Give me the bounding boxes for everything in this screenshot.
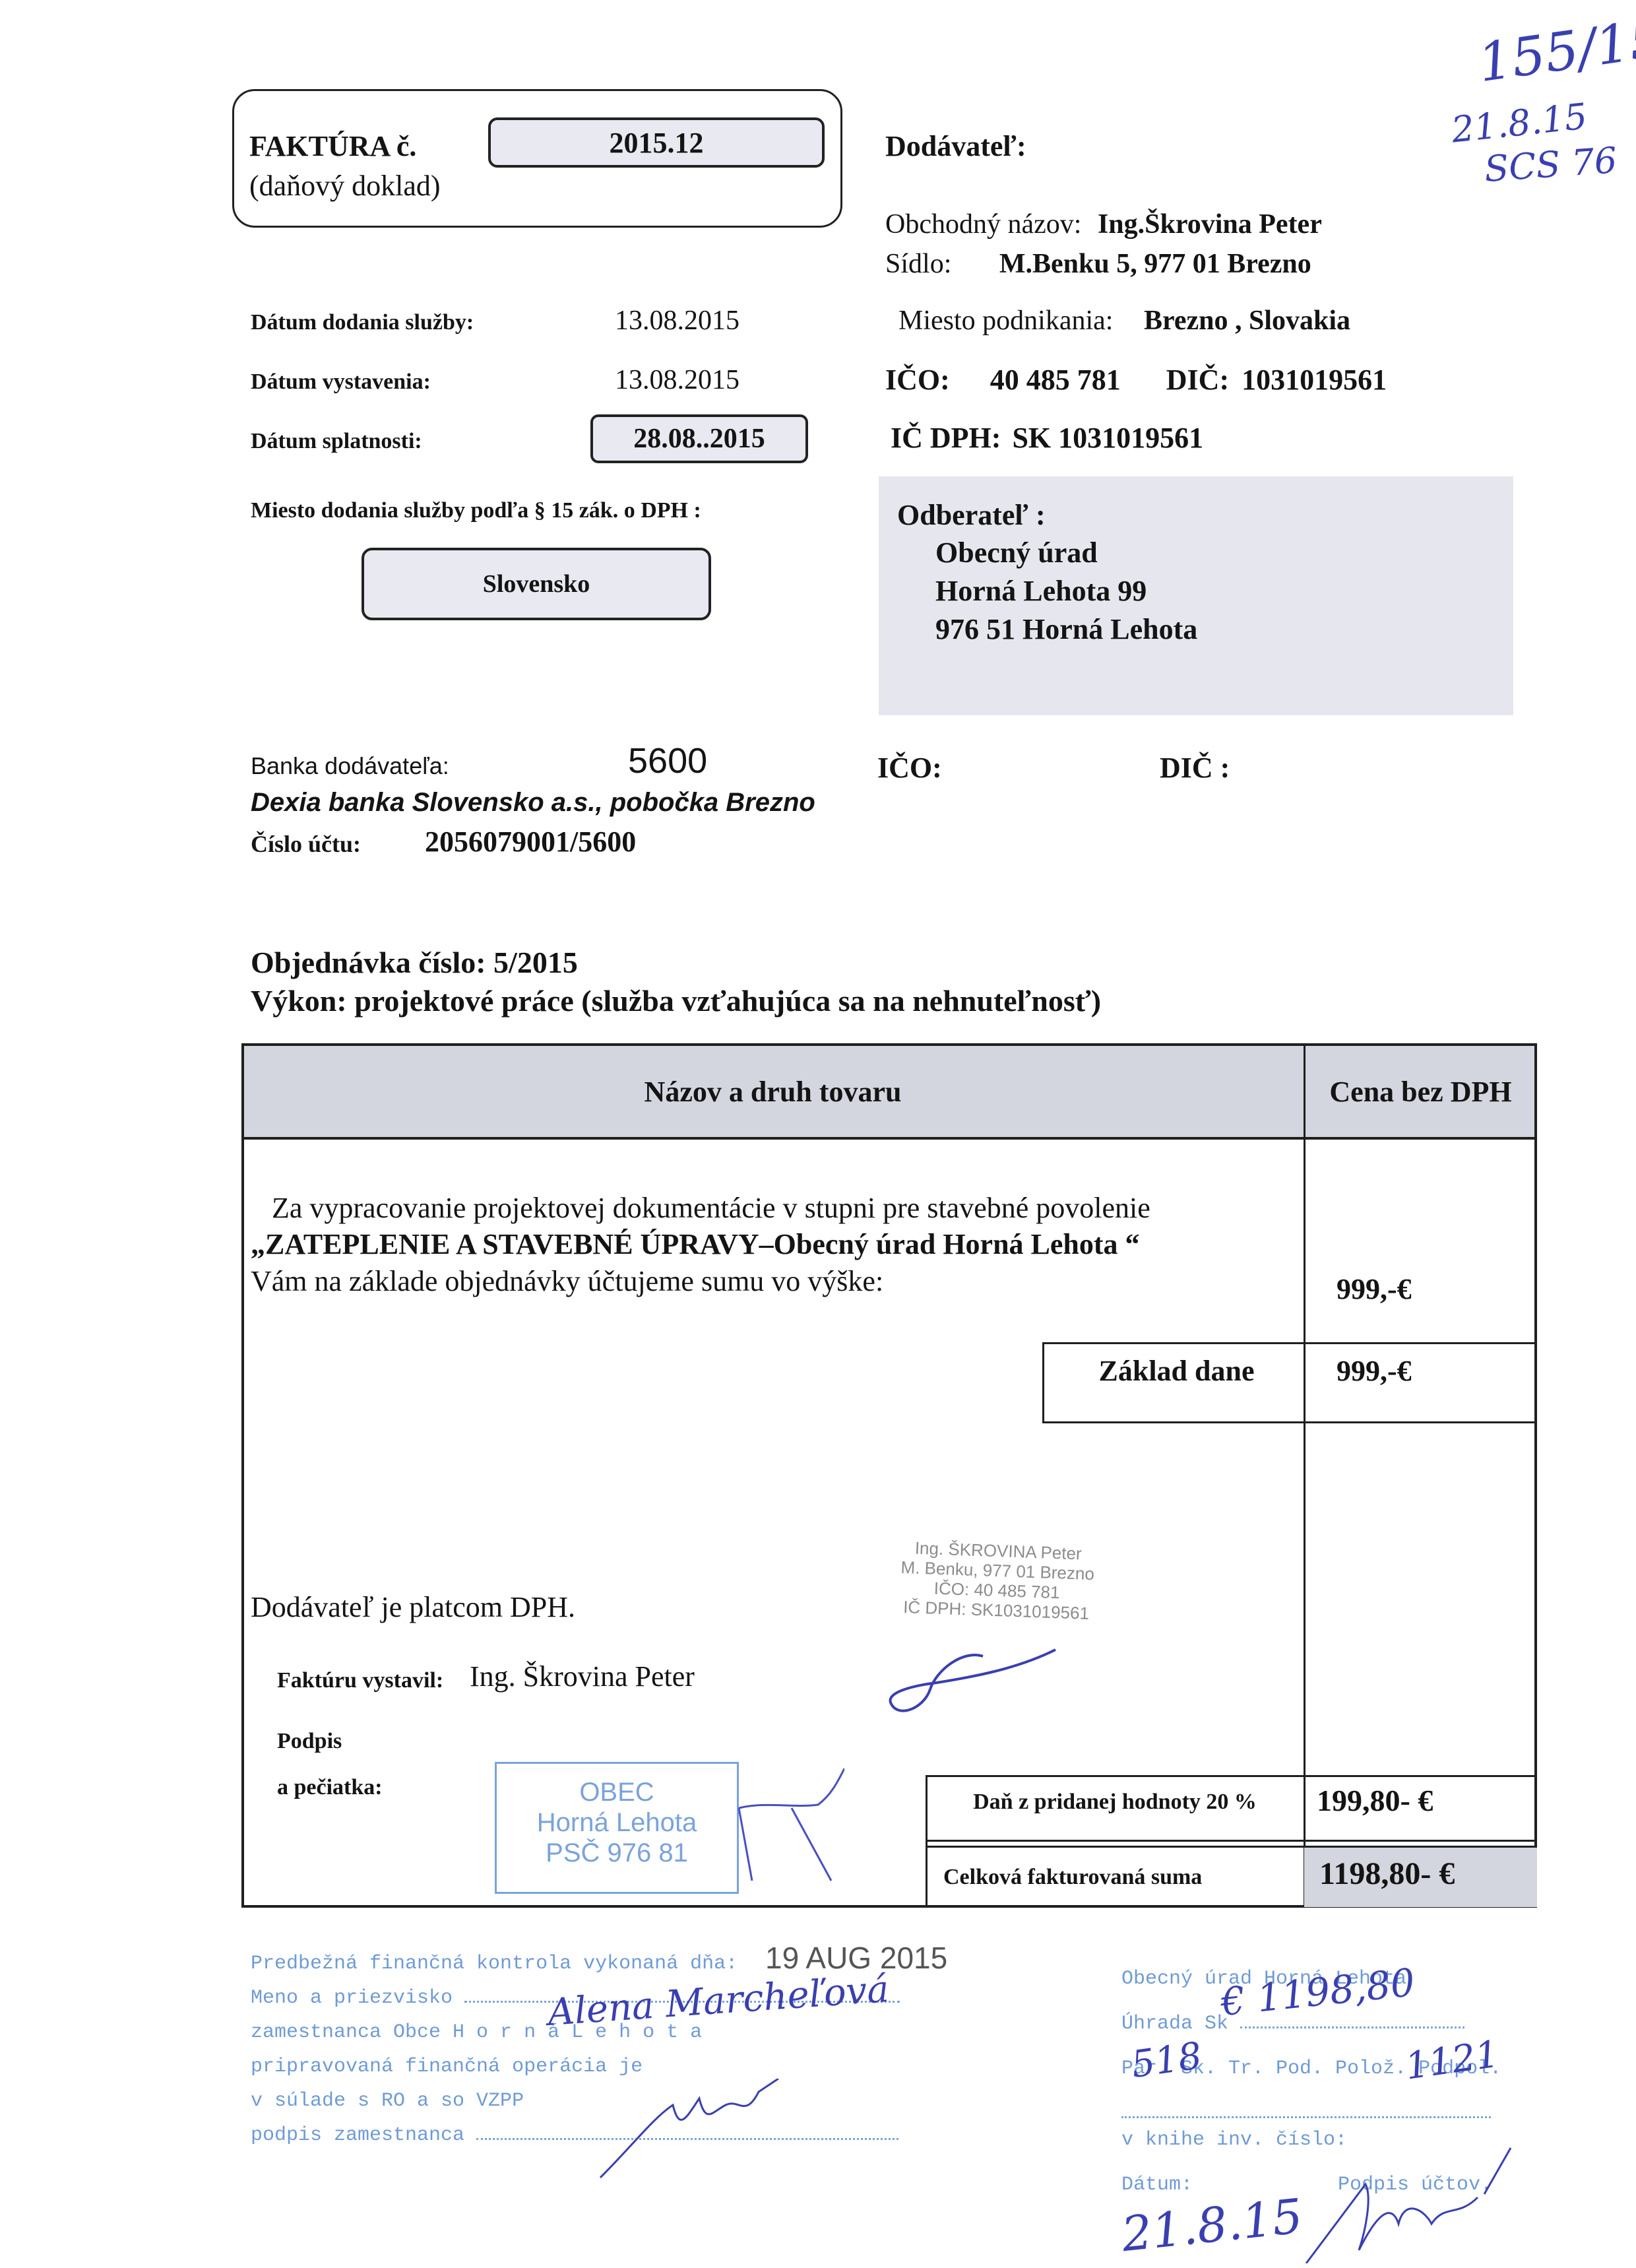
date-label: Dátum: <box>1121 2174 1193 2196</box>
stamp-line-text: podpis zamestnanca <box>251 2124 464 2147</box>
place-of-supply-label: Miesto dodania služby podľa § 15 zák. o … <box>251 498 701 523</box>
buyer-heading: Odberateľ : <box>897 498 1046 532</box>
issue-date-label: Dátum vystavenia: <box>251 370 431 395</box>
icdph-value: SK 1031019561 <box>1012 422 1203 454</box>
bank-dic-label: DIČ : <box>1160 751 1230 785</box>
pen-stroke-icon <box>1478 2145 1517 2197</box>
payment-label: Úhrada Sk <box>1121 2013 1228 2035</box>
codes-dotline-row <box>1121 2091 1501 2118</box>
business-place-row: Miesto podnikania: Brezno , Slovakia <box>898 305 1350 337</box>
invoice-table <box>241 1043 1537 1908</box>
dic-label: DIČ: <box>1166 364 1229 396</box>
municipality-signature-icon <box>726 1755 844 1887</box>
handwritten-code: SCS 76 <box>1483 139 1618 190</box>
vat-value: 199,80- € <box>1317 1783 1433 1818</box>
seat-label: Sídlo: <box>885 249 951 279</box>
column-header-price: Cena bez DPH <box>1304 1043 1537 1140</box>
supplier-heading: Dodávateľ: <box>885 129 1026 163</box>
supplier-stamp: Ing. ŠKROVINA Peter M. Benku, 977 01 Bre… <box>899 1538 1095 1623</box>
stamp-line: PSČ 976 81 <box>497 1838 737 1868</box>
stamp-line-text: Meno a priezvisko <box>251 1987 453 2009</box>
tax-base-bottom-line <box>1042 1421 1537 1423</box>
place-of-supply-value: Slovensko <box>362 548 711 620</box>
stamp-label: a pečiatka: <box>277 1775 383 1800</box>
stamp-line: v knihe inv. číslo: <box>1121 2118 1501 2162</box>
stamp-line: OBEC <box>497 1777 737 1807</box>
dic-value: 1031019561 <box>1242 364 1387 396</box>
vat-label: Daň z pridanej hodnoty 20 % <box>930 1790 1300 1815</box>
column-divider <box>1304 1043 1306 1908</box>
bank-ico-label: IČO: <box>877 751 942 785</box>
due-date-value: 28.08..2015 <box>590 414 808 463</box>
total-top-line <box>926 1846 1537 1848</box>
issued-by-value: Ing. Škrovina Peter <box>470 1660 695 1693</box>
total-value: 1198,80- € <box>1319 1856 1455 1892</box>
vat-payer-note: Dodávateľ je platcom DPH. <box>251 1590 575 1624</box>
accountant-signature-icon <box>1293 2158 1491 2263</box>
item-description-line: Vám na základe objednávky účtujeme sumu … <box>251 1264 883 1298</box>
icdph-label: IČ DPH: <box>891 422 1001 454</box>
supplier-ids-row: IČO: 40 485 781 DIČ: 1031019561 <box>885 363 1387 397</box>
payment-dotline <box>1240 2026 1464 2028</box>
business-place-label: Miesto podnikania: <box>898 306 1113 336</box>
bank-code: 5600 <box>628 740 707 781</box>
account-label: Číslo účtu: <box>251 830 361 858</box>
account-number: 2056079001/5600 <box>425 825 636 859</box>
handwritten-reg-number: 155/15 <box>1474 7 1636 94</box>
total-label: Celková fakturovaná suma <box>943 1865 1202 1890</box>
vat-bottom-line <box>926 1840 1537 1842</box>
ico-label: IČO: <box>885 364 950 396</box>
issued-by-label: Faktúru vystavil: <box>277 1668 443 1693</box>
performance-description: Výkon: projektové práce (služba vzťahujú… <box>251 983 1101 1018</box>
bank-name: Dexia banka Slovensko a.s., pobočka Brez… <box>251 788 815 818</box>
buyer-line: Obecný úrad <box>935 536 1098 569</box>
municipality-stamp: OBEC Horná Lehota PSČ 976 81 <box>495 1762 739 1894</box>
due-date-label: Dátum splatnosti: <box>251 429 422 454</box>
stamp-line: Horná Lehota <box>497 1807 737 1838</box>
buyer-line: Horná Lehota 99 <box>935 574 1147 608</box>
item-description-line: Za vypracovanie projektovej dokumentácie… <box>272 1191 1150 1225</box>
trade-name-row: Obchodný názov: Ing.Škrovina Peter <box>885 209 1322 240</box>
delivery-date-value: 13.08.2015 <box>615 305 739 337</box>
supplier-signature-icon <box>884 1630 1082 1722</box>
trade-name-label: Obchodný názov: <box>885 209 1081 240</box>
trade-name-value: Ing.Škrovina Peter <box>1098 209 1322 240</box>
delivery-date-label: Dátum dodania služby: <box>251 310 474 335</box>
invoice-number: 2015.12 <box>488 117 825 168</box>
invoice-title: FAKTÚRA č. <box>249 129 416 163</box>
invoice-subtitle: (daňový doklad) <box>249 169 441 203</box>
tax-base-value: 999,-€ <box>1337 1354 1412 1388</box>
ico-value: 40 485 781 <box>990 364 1121 396</box>
issue-date-value: 13.08.2015 <box>615 364 739 396</box>
seat-value: M.Benku 5, 977 01 Brezno <box>999 249 1311 279</box>
tax-base-left-line <box>1042 1342 1044 1423</box>
column-header-name: Názov a druh tovaru <box>241 1043 1304 1140</box>
order-number: Objednávka číslo: 5/2015 <box>251 945 578 980</box>
buyer-line: 976 51 Horná Lehota <box>935 612 1197 646</box>
item-description-line: „ZATEPLENIE A STAVEBNÉ ÚPRAVY–Obecný úra… <box>251 1227 1140 1261</box>
bank-label: Banka dodávateľa: <box>251 752 449 780</box>
employee-signature-icon <box>594 2079 818 2184</box>
vat-top-line <box>926 1775 1537 1777</box>
business-place-value: Brezno , Slovakia <box>1144 306 1350 336</box>
tax-base-label: Základ dane <box>1049 1354 1304 1388</box>
signature-label: Podpis <box>277 1729 342 1754</box>
icdph-row: IČ DPH: SK 1031019561 <box>891 421 1203 455</box>
seat-row: Sídlo: M.Benku 5, 977 01 Brezno <box>885 248 1311 280</box>
item-price: 999,-€ <box>1337 1272 1412 1306</box>
tax-base-top-line <box>1042 1342 1537 1344</box>
